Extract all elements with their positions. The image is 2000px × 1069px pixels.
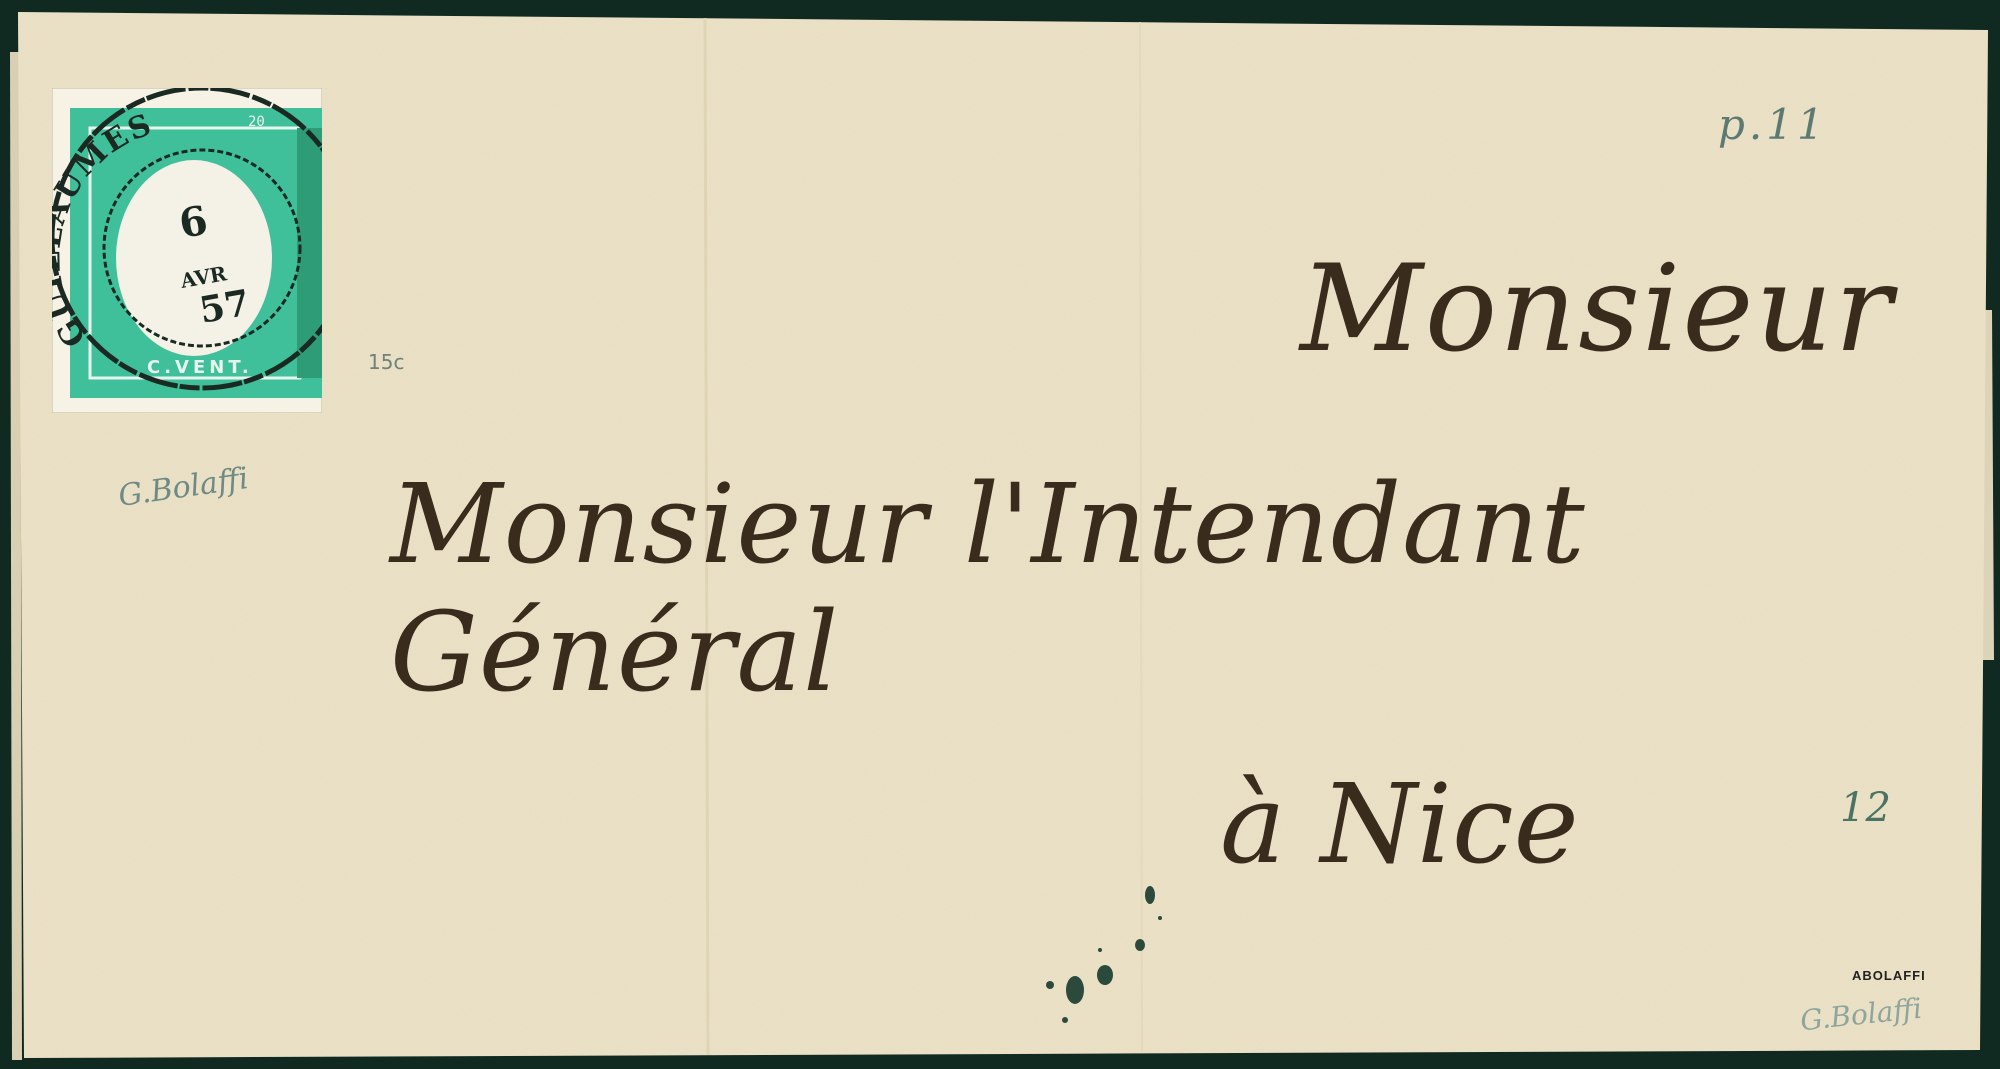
number-note: 12	[1840, 785, 1891, 831]
page-reference-note: p.11	[1718, 100, 1828, 149]
address-line-3: à Nice	[1220, 760, 1579, 888]
price-note: 15c	[368, 350, 404, 374]
stamp-denomination: 20	[248, 114, 265, 130]
address-line-1: Monsieur	[1300, 240, 1894, 379]
svg-text:57: 57	[196, 282, 253, 332]
svg-text:C.VENT.: C.VENT.	[147, 357, 253, 378]
expert-handstamp: ABOLAFFI	[1852, 968, 1926, 983]
postage-stamp: 20 C.VENT. 6 AVR 57 GUILLAUMES	[52, 88, 322, 413]
postal-cover: 20 C.VENT. 6 AVR 57 GUILLAUMES Monsieur …	[0, 0, 2000, 1069]
address-line-2: Monsieur l'Intendant Général	[390, 460, 2000, 716]
